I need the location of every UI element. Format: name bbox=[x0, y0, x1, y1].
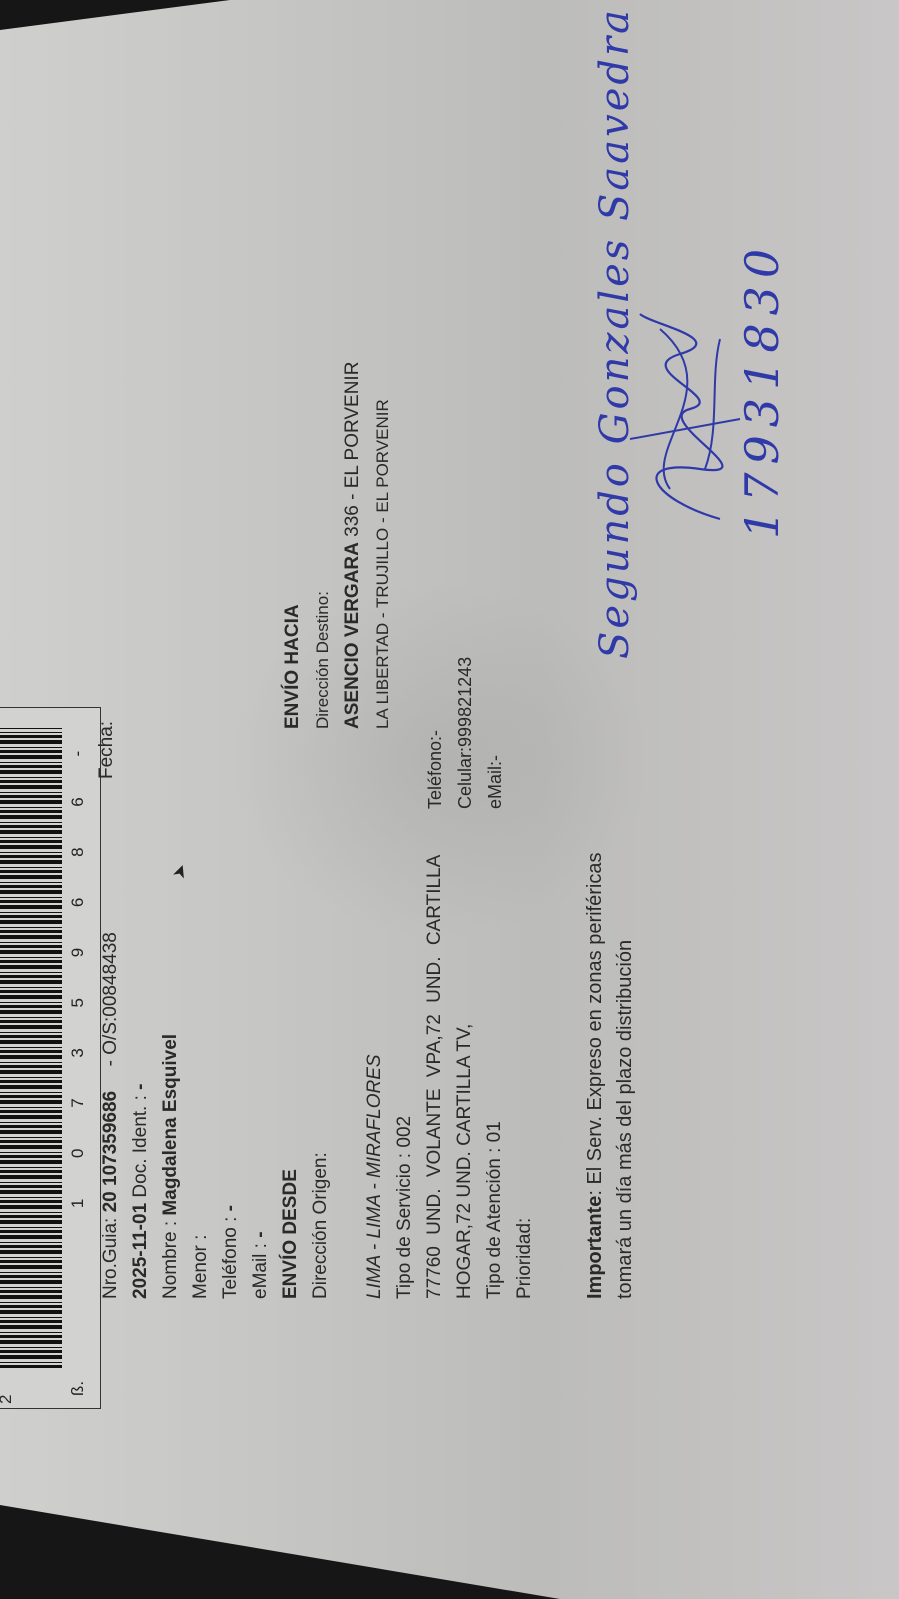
email-value: - bbox=[250, 1231, 271, 1237]
email-row: eMail : - bbox=[246, 932, 276, 1299]
telefono-row: Teléfono : - bbox=[216, 932, 246, 1299]
note-line-1: Importante: El Serv. Expreso en zonas pe… bbox=[580, 853, 610, 1299]
header-block: Nro.Guia: 20 107359686 - O/S:00848438 20… bbox=[96, 932, 336, 1299]
barcode-mark: ß. bbox=[68, 1381, 87, 1396]
destination-phone-value: - bbox=[425, 730, 445, 736]
destination-contact: Teléfono:- Celular:999821243 eMail:- bbox=[420, 657, 510, 809]
barcode-prefix: 2 bbox=[0, 1395, 16, 1404]
email-label: eMail : bbox=[250, 1243, 271, 1299]
guia-row: Nro.Guia: 20 107359686 - O/S:00848438 bbox=[96, 932, 126, 1299]
barcode-bars bbox=[0, 728, 62, 1368]
name-row: Nombre : Magdalena Esquivel bbox=[156, 932, 186, 1299]
os-value: 00848438 bbox=[100, 932, 121, 1017]
destination-phone-label: Teléfono: bbox=[425, 736, 445, 809]
menor-row: Menor : bbox=[186, 932, 216, 1299]
destination-mobile-label: Celular: bbox=[455, 747, 475, 809]
destination-email-value: - bbox=[485, 755, 505, 761]
shipping-guide: 2 ß. 1 0 7 3 5 9 6 8 6 - ➤ Nro.Guia: 20 … bbox=[0, 79, 899, 1599]
content-line-1: 77760 UND. VOLANTE VPA,72 UND. CARTILLA bbox=[420, 855, 450, 1299]
signature bbox=[610, 309, 750, 529]
destination-phone-row: Teléfono:- bbox=[420, 657, 450, 809]
content-line-2: HOGAR,72 UND. CARTILLA TV, bbox=[450, 855, 480, 1299]
doc-ident-label: Doc. Ident. : bbox=[130, 1095, 151, 1197]
telefono-label: Teléfono : bbox=[220, 1217, 241, 1299]
service-type-label: Tipo de Servicio : bbox=[394, 1153, 415, 1299]
attention-type-row: Tipo de Atención : 01 bbox=[480, 855, 510, 1299]
origin-details: LIMA - LIMA - MIRAFLORES Tipo de Servici… bbox=[360, 855, 540, 1299]
service-type-value: 002 bbox=[394, 1116, 415, 1148]
telefono-value: - bbox=[220, 1205, 241, 1211]
arrow-mark-icon: ➤ bbox=[168, 861, 193, 882]
date-row: 2025-11-01 Doc. Ident. : - bbox=[126, 932, 156, 1299]
barcode: 2 ß. 1 0 7 3 5 9 6 8 6 - bbox=[0, 707, 101, 1409]
date-value: 2025-11-01 bbox=[130, 1203, 151, 1299]
destination-email-label: eMail: bbox=[485, 761, 505, 809]
os-label: - O/S: bbox=[100, 1017, 121, 1067]
destination-email-row: eMail:- bbox=[480, 657, 510, 809]
barcode-digits: ß. 1 0 7 3 5 9 6 8 6 - bbox=[68, 733, 88, 1396]
priority-label: Prioridad: bbox=[510, 855, 540, 1299]
destination-number-district: 336 - EL PORVENIR bbox=[342, 362, 363, 537]
nombre-label: Nombre : bbox=[160, 1221, 181, 1299]
fecha-label: Fecha: bbox=[96, 721, 118, 779]
important-note: Importante: El Serv. Expreso en zonas pe… bbox=[580, 853, 640, 1299]
destination-mobile-row: Celular:999821243 bbox=[450, 657, 480, 809]
origin-location: LIMA - LIMA - MIRAFLORES bbox=[360, 855, 390, 1299]
note-text-1: : El Serv. Expreso en zonas periféricas bbox=[584, 853, 606, 1196]
barcode-number: 1 0 7 3 5 9 6 8 6 - bbox=[68, 733, 87, 1208]
attention-type-label: Tipo de Atención : bbox=[484, 1148, 505, 1299]
destination-street: ASENCIO VERGARA bbox=[342, 542, 363, 729]
destination-title: ENVÍO HACIA bbox=[278, 362, 308, 729]
destination-block: ENVÍO HACIA Dirección Destino: ASENCIO V… bbox=[278, 362, 398, 729]
origin-address-label: Dirección Origen: bbox=[306, 932, 336, 1299]
attention-type-value: 01 bbox=[484, 1121, 505, 1142]
origin-title: ENVÍO DESDE bbox=[276, 932, 306, 1299]
guia-label: Nro.Guia: bbox=[100, 1218, 121, 1299]
destination-address-line-1: ASENCIO VERGARA 336 - EL PORVENIR bbox=[338, 362, 368, 729]
menor-label: Menor : bbox=[190, 1235, 211, 1299]
note-line-2: tomará un día más del plazo distribución bbox=[610, 853, 640, 1299]
nombre-value: Magdalena Esquivel bbox=[160, 1034, 181, 1216]
service-type-row: Tipo de Servicio : 002 bbox=[390, 855, 420, 1299]
destination-address-line-2: LA LIBERTAD - TRUJILLO - EL PORVENIR bbox=[368, 362, 398, 729]
destination-mobile-value: 999821243 bbox=[455, 657, 475, 747]
doc-ident-value: - bbox=[130, 1084, 151, 1090]
guia-value: 20 107359686 bbox=[100, 1091, 121, 1213]
handwritten-number: 17931830 bbox=[735, 241, 789, 539]
note-bold: Importante bbox=[584, 1196, 606, 1299]
destination-address-label: Dirección Destino: bbox=[308, 362, 338, 729]
